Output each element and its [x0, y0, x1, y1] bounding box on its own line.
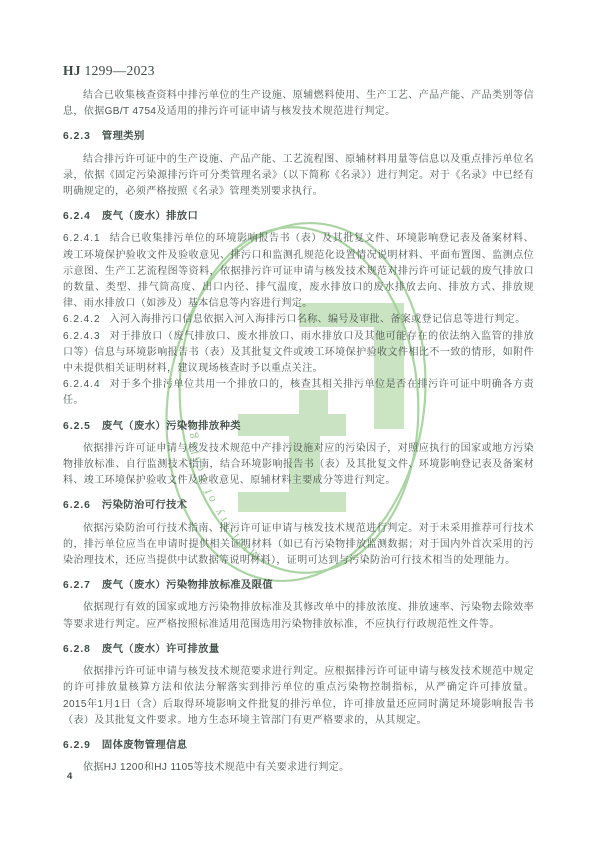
- section-title: 废气（废水）许可排放量: [102, 644, 220, 655]
- section-heading-6-2-5: 6.2.5废气（废水）污染物排放种类: [63, 419, 534, 435]
- standard-code-prefix: HJ: [63, 63, 81, 78]
- section-number: 6.2.8: [63, 644, 91, 655]
- clause-text: 对于多个排污单位共用一个排放口的，核查其相关排污单位是否在排污许可证中明确各方责…: [63, 379, 534, 406]
- section-title: 废气（废水）排放口: [102, 211, 198, 222]
- paragraph: 依据HJ 1200和HJ 1105等技术规范中有关要求进行判定。: [63, 760, 534, 776]
- section-title: 管理类别: [102, 131, 145, 142]
- paragraph: 依据排污许可证申请与核发技术规范要求进行判定。应根据排污许可证申请与核发技术规范…: [63, 664, 534, 729]
- section-number: 6.2.5: [63, 421, 91, 432]
- clause-number: 6.2.4.1: [63, 233, 101, 244]
- clause-number: 6.2.4.3: [63, 331, 101, 342]
- paragraph: 结合排污许可证中的生产设施、产品产能、工艺流程图、原辅材料用量等信息以及重点排污…: [63, 152, 534, 201]
- page-number: 4: [67, 771, 72, 782]
- section-number: 6.2.7: [63, 580, 91, 591]
- section-heading-6-2-7: 6.2.7废气（废水）污染物排放标准及限值: [63, 578, 534, 594]
- section-number: 6.2.4: [63, 211, 91, 222]
- clause-number: 6.2.4.4: [63, 379, 101, 390]
- document-page: Ministry of Ecology HJ 1299—2023 结合已收集核查…: [0, 0, 596, 842]
- section-title: 废气（废水）污染物排放标准及限值: [102, 580, 273, 591]
- section-heading-6-2-8: 6.2.8废气（废水）许可排放量: [63, 642, 534, 658]
- intro-paragraph: 结合已收集核查资料中排污单位的生产设施、原辅燃料使用、生产工艺、产品产能、产品类…: [63, 88, 534, 120]
- section-heading-6-2-6: 6.2.6污染防治可行技术: [63, 498, 534, 514]
- section-number: 6.2.9: [63, 740, 91, 751]
- section-number: 6.2.6: [63, 500, 91, 511]
- paragraph: 依据污染防治可行技术指南、排污许可证申请与核发技术规范进行判定。对于未采用推荐可…: [63, 521, 534, 570]
- standard-code-header: HJ 1299—2023: [63, 63, 155, 79]
- clause-text: 入河入海排污口信息依据入河入海排污口名称、编号及审批、备案或登记信息等进行判定。: [110, 314, 526, 325]
- section-heading-6-2-4: 6.2.4废气（废水）排放口: [63, 209, 534, 225]
- section-title: 污染防治可行技术: [102, 500, 188, 511]
- clause-text: 对于排放口（废气排放口、废水排放口、雨水排放口及其他可能存在的依法纳入监管的排放…: [63, 331, 534, 374]
- section-title: 废气（废水）污染物排放种类: [102, 421, 241, 432]
- paragraph: 依据现行有效的国家或地方污染物排放标准及其修改单中的排放浓度、排放速率、污染物去…: [63, 600, 534, 632]
- clause-paragraph: 6.2.4.4对于多个排污单位共用一个排放口的，核查其相关排污单位是否在排污许可…: [63, 377, 534, 409]
- section-heading-6-2-3: 6.2.3管理类别: [63, 129, 534, 145]
- section-heading-6-2-9: 6.2.9固体废物管理信息: [63, 738, 534, 754]
- section-number: 6.2.3: [63, 131, 91, 142]
- section-title: 固体废物管理信息: [102, 740, 188, 751]
- clause-paragraph: 6.2.4.1结合已收集排污单位的环境影响报告书（表）及其批复文件、环境影响登记…: [63, 231, 534, 312]
- clause-text: 结合已收集排污单位的环境影响报告书（表）及其批复文件、环境影响登记表及备案材料、…: [63, 233, 534, 309]
- clause-paragraph: 6.2.4.2入河入海排污口信息依据入河入海排污口名称、编号及审批、备案或登记信…: [63, 312, 534, 328]
- paragraph: 依据排污许可证申请与核发技术规范中产排污设施对应的污染因子，对照应执行的国家或地…: [63, 441, 534, 490]
- clause-number: 6.2.4.2: [63, 314, 101, 325]
- standard-code-number: 1299—2023: [85, 63, 155, 78]
- document-body: 结合已收集核查资料中排污单位的生产设施、原辅燃料使用、生产工艺、产品产能、产品类…: [63, 88, 534, 781]
- clause-paragraph: 6.2.4.3对于排放口（废气排放口、废水排放口、雨水排放口及其他可能存在的依法…: [63, 329, 534, 378]
